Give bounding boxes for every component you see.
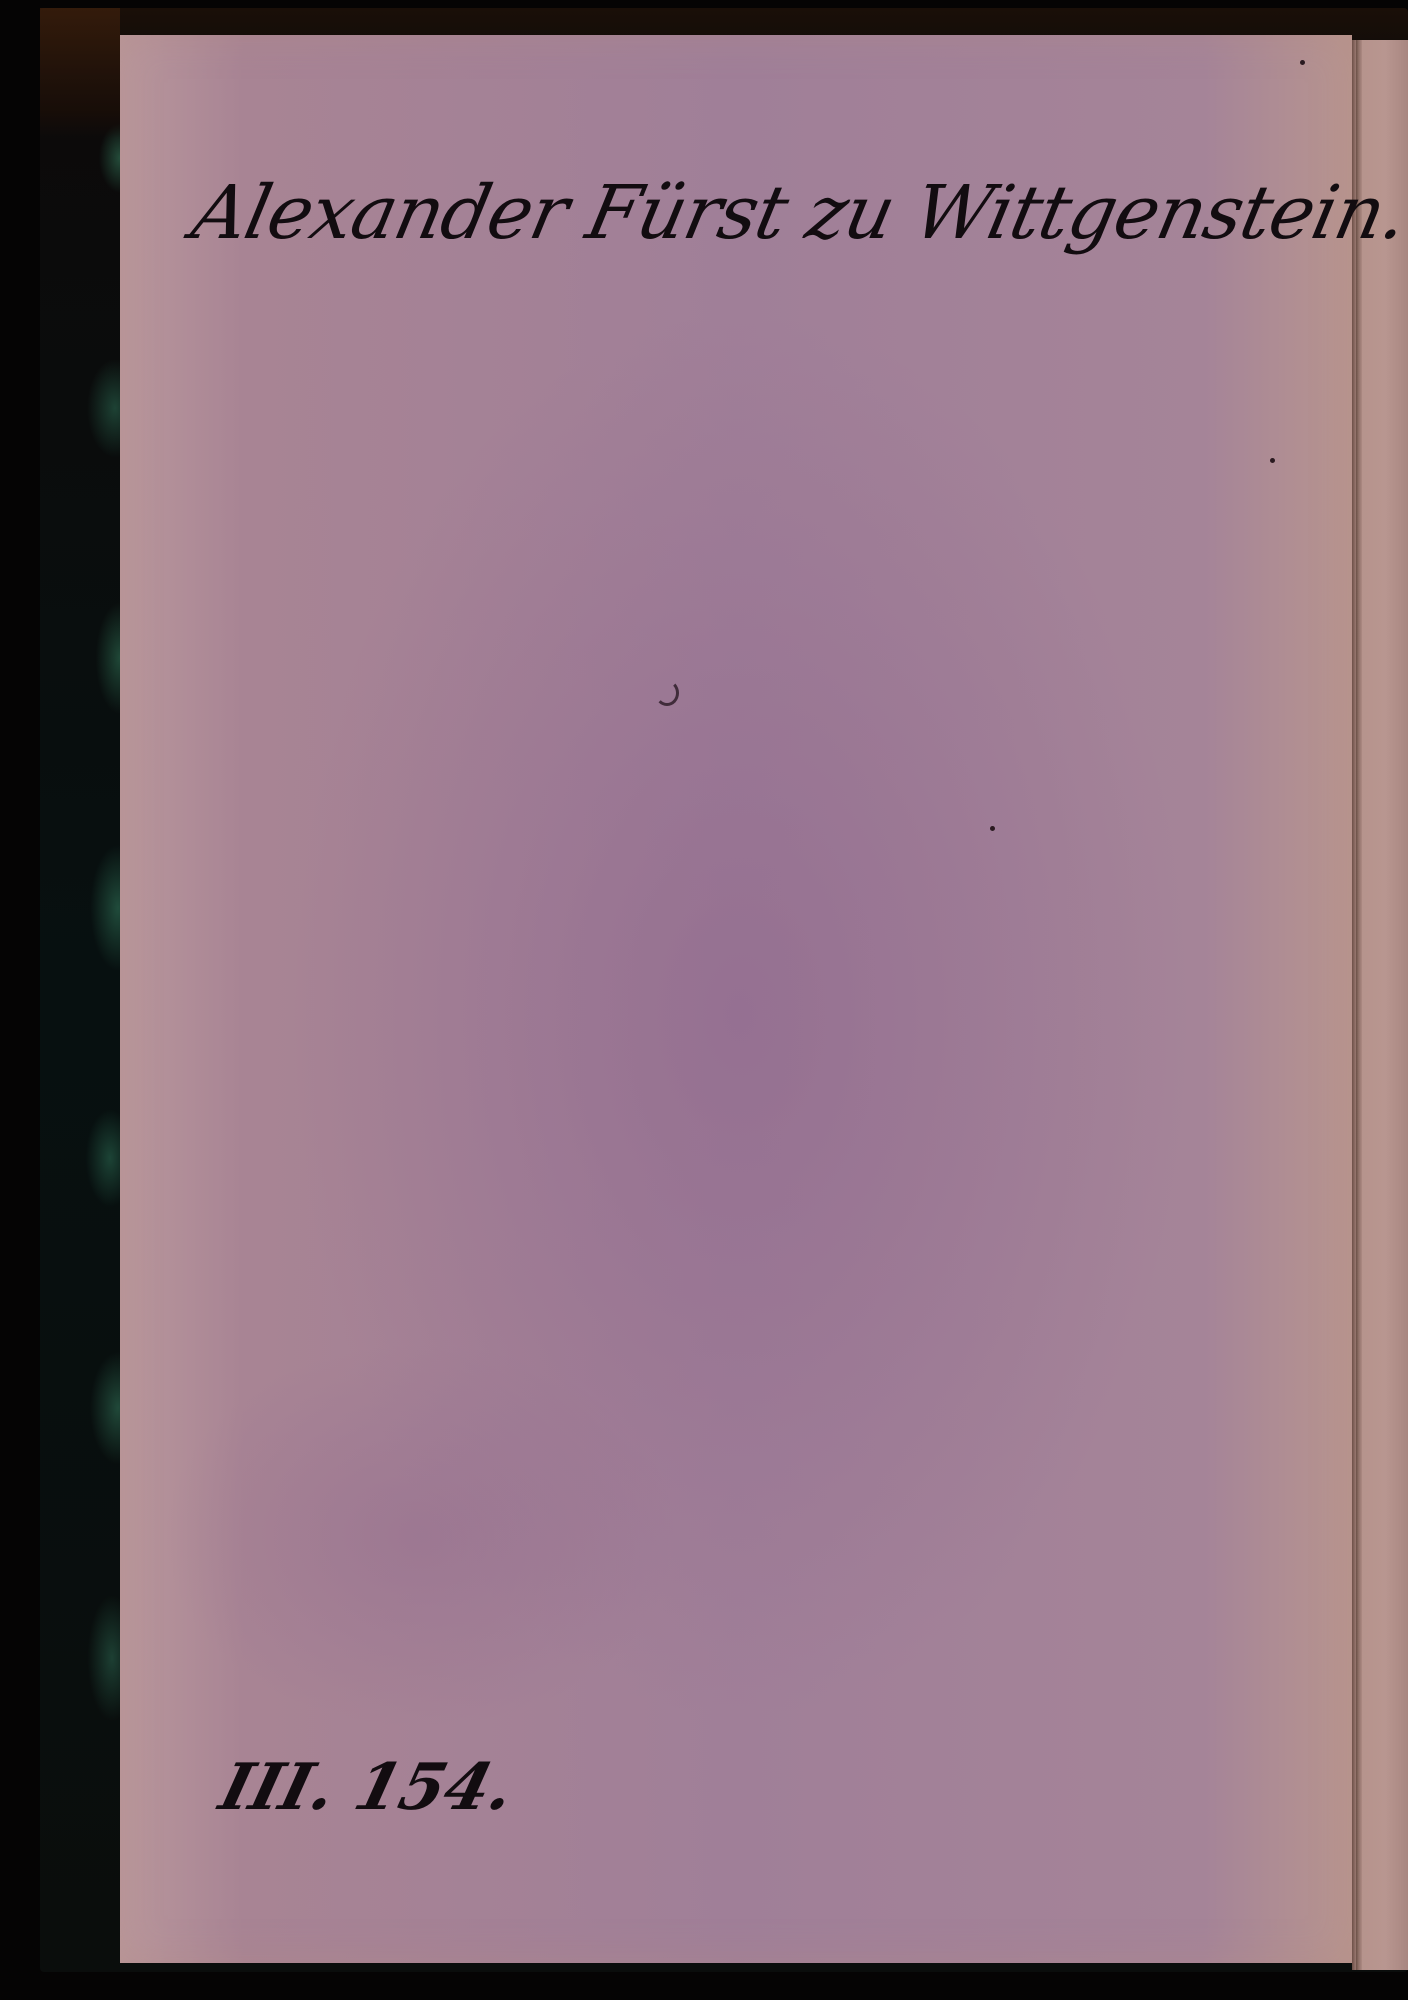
shelfmark: III. 154. [213, 1750, 522, 1825]
ink-stain [655, 680, 679, 706]
gutter-fold [1356, 40, 1362, 1970]
owner-inscription: Alexander Fürst zu Wittgenstein. [185, 170, 1408, 256]
ink-speck [1270, 458, 1275, 463]
ink-speck [990, 826, 995, 831]
ink-speck [1300, 60, 1305, 65]
endpaper-page [120, 35, 1352, 1963]
leather-corner [40, 8, 120, 138]
